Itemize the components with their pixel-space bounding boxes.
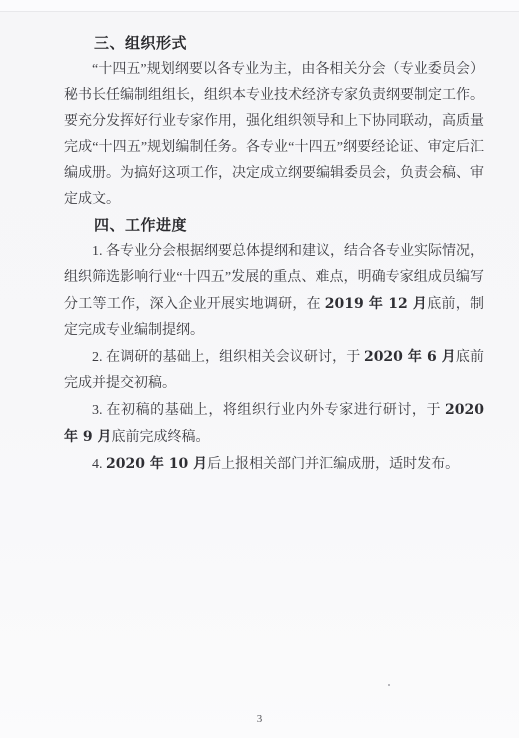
document-content: 三、组织形式 “十四五”规划纲要以各专业为主，由各相关分会（专业委员会）秘书长任… (64, 31, 484, 478)
organization-paragraph: “十四五”规划纲要以各专业为主，由各相关分会（专业委员会）秘书长任编制组组长，组… (64, 57, 484, 213)
progress-item-3: 3. 在初稿的基础上，将组织行业内外专家进行研讨，于 2020 年 9 月底前完… (64, 397, 484, 451)
progress-item-2: 2. 在调研的基础上，组织相关会议研讨，于 2020 年 6 月底前完成并提交初… (64, 344, 484, 397)
scan-speck (388, 684, 390, 686)
page-number: 3 (0, 713, 519, 725)
scan-edge-line (0, 0, 519, 12)
section-organization-form: 三、组织形式 “十四五”规划纲要以各专业为主，由各相关分会（专业委员会）秘书长任… (64, 31, 484, 213)
section-heading-organization: 三、组织形式 (64, 31, 484, 57)
section-work-progress: 四、工作进度 1. 各专业分会根据纲要总体提纲和建议，结合各专业实际情况，组织筛… (64, 213, 484, 478)
section-heading-progress: 四、工作进度 (64, 213, 484, 239)
progress-item-1: 1. 各专业分会根据纲要总体提纲和建议，结合各专业实际情况，组织筛选影响行业“十… (64, 239, 484, 344)
scanned-document-page: 三、组织形式 “十四五”规划纲要以各专业为主，由各相关分会（专业委员会）秘书长任… (0, 0, 519, 738)
progress-item-4: 4. 2020 年 10 月后上报相关部门并汇编成册，适时发布。 (64, 451, 484, 478)
